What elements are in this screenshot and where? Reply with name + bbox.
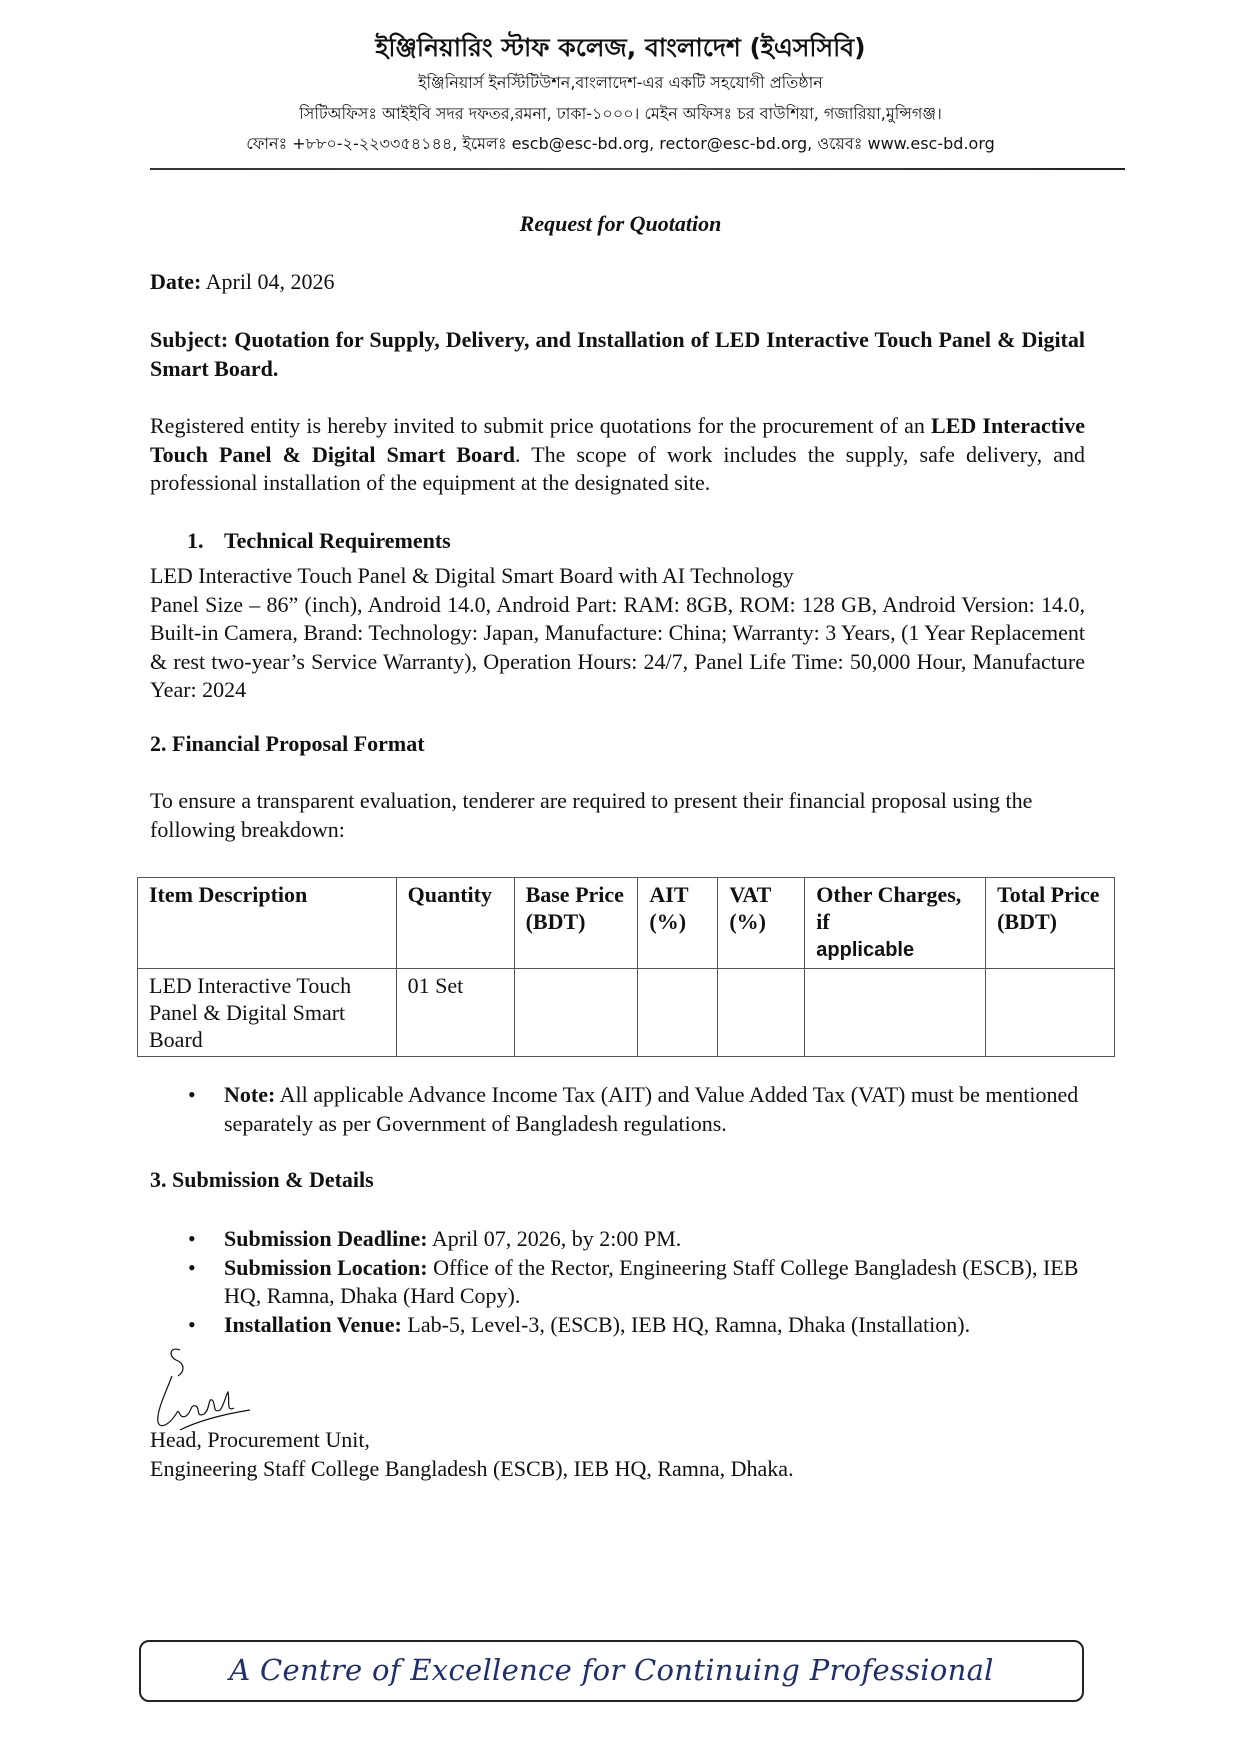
col-other-charges: Other Charges, ifapplicable <box>805 878 986 969</box>
note-item: • Note: All applicable Advance Income Ta… <box>150 1081 1085 1138</box>
tech-line1: LED Interactive Touch Panel & Digital Sm… <box>150 562 1085 591</box>
footer-banner: A Centre of Excellence for Continuing Pr… <box>139 1640 1084 1702</box>
item-label: Submission Location: <box>224 1255 428 1280</box>
tax-note: • Note: All applicable Advance Income Ta… <box>150 1081 1085 1138</box>
footer-motto: A Centre of Excellence for Continuing Pr… <box>141 1653 1082 1687</box>
cell-ait[interactable] <box>638 969 718 1057</box>
intro-paragraph: Registered entity is hereby invited to s… <box>150 412 1085 498</box>
bullet-icon: • <box>188 1225 196 1254</box>
note-text: All applicable Advance Income Tax (AIT) … <box>224 1082 1078 1136</box>
tech-specs: Panel Size – 86” (inch), Android 14.0, A… <box>150 591 1085 705</box>
cell-item-description: LED Interactive Touch Panel & Digital Sm… <box>138 969 397 1057</box>
date-value: April 04, 2026 <box>201 269 334 294</box>
date-label: Date: <box>150 269 201 294</box>
item-label: Installation Venue: <box>224 1312 402 1337</box>
cell-quantity: 01 Set <box>396 969 514 1057</box>
cell-vat[interactable] <box>718 969 805 1057</box>
list-item: • Submission Deadline: April 07, 2026, b… <box>150 1225 1085 1254</box>
col-total-price: Total Price (BDT) <box>986 878 1115 969</box>
section-1-number: 1. <box>187 527 224 556</box>
signatory-organization: Engineering Staff College Bangladesh (ES… <box>150 1455 1085 1484</box>
letterhead-address: সিটিঅফিসঃ আইইবি সদর দফতর,রমনা, ঢাকা-১০০০… <box>0 101 1241 128</box>
bullet-icon: • <box>188 1254 196 1283</box>
section-2-heading: 2. Financial Proposal Format <box>150 730 1085 759</box>
letterhead-affiliation: ইঞ্জিনিয়ার্স ইনস্টিটিউশন,বাংলাদেশ-এর এক… <box>0 70 1241 97</box>
item-text: April 07, 2026, by 2:00 PM. <box>428 1226 682 1251</box>
bullet-icon: • <box>188 1311 196 1340</box>
section-1-heading: 1.Technical Requirements <box>187 527 1122 556</box>
item-label: Submission Deadline: <box>224 1226 428 1251</box>
table-row: LED Interactive Touch Panel & Digital Sm… <box>138 969 1115 1057</box>
col-vat: VAT (%) <box>718 878 805 969</box>
letterhead-title: ইঞ্জিনিয়ারিং স্টাফ কলেজ, বাংলাদেশ (ইএসস… <box>0 28 1241 71</box>
other-charges-label: Other Charges, if <box>816 882 961 934</box>
technical-requirements: LED Interactive Touch Panel & Digital Sm… <box>150 562 1085 705</box>
submission-details: • Submission Deadline: April 07, 2026, b… <box>150 1225 1085 1339</box>
financial-proposal-table: Item Description Quantity Base Price (BD… <box>137 877 1115 1057</box>
cell-other-charges[interactable] <box>805 969 986 1057</box>
cell-total-price[interactable] <box>986 969 1115 1057</box>
table-header-row: Item Description Quantity Base Price (BD… <box>138 878 1115 969</box>
col-ait: AIT (%) <box>638 878 718 969</box>
item-text: Lab-5, Level-3, (ESCB), IEB HQ, Ramna, D… <box>402 1312 970 1337</box>
letterhead-contact: ফোনঃ +৮৮০-২-২২৩৩৫৪১৪৪, ইমেলঃ escb@esc-bd… <box>0 131 1241 158</box>
list-item: • Installation Venue: Lab-5, Level-3, (E… <box>150 1311 1085 1340</box>
document-date: Date: April 04, 2026 <box>150 268 1085 297</box>
signatory-block: Head, Procurement Unit, Engineering Staf… <box>150 1426 1085 1483</box>
col-base-price: Base Price (BDT) <box>514 878 638 969</box>
bullet-icon: • <box>188 1081 196 1110</box>
col-quantity: Quantity <box>396 878 514 969</box>
cell-base-price[interactable] <box>514 969 638 1057</box>
section-3-heading: 3. Submission & Details <box>150 1166 1085 1195</box>
signatory-title: Head, Procurement Unit, <box>150 1426 1085 1455</box>
section-1-title: Technical Requirements <box>224 528 451 553</box>
list-item: • Submission Location: Office of the Rec… <box>150 1254 1085 1311</box>
note-label: Note: <box>224 1082 275 1107</box>
financial-intro: To ensure a transparent evaluation, tend… <box>150 787 1085 844</box>
other-charges-suffix: applicable <box>816 939 914 961</box>
subject-text: Subject: Quotation for Supply, Delivery,… <box>150 327 1085 381</box>
letterhead-divider <box>150 168 1125 170</box>
document-subject: Subject: Quotation for Supply, Delivery,… <box>150 326 1085 383</box>
intro-part1: Registered entity is hereby invited to s… <box>150 413 931 438</box>
document-title: Request for Quotation <box>0 210 1241 239</box>
col-item-description: Item Description <box>138 878 397 969</box>
